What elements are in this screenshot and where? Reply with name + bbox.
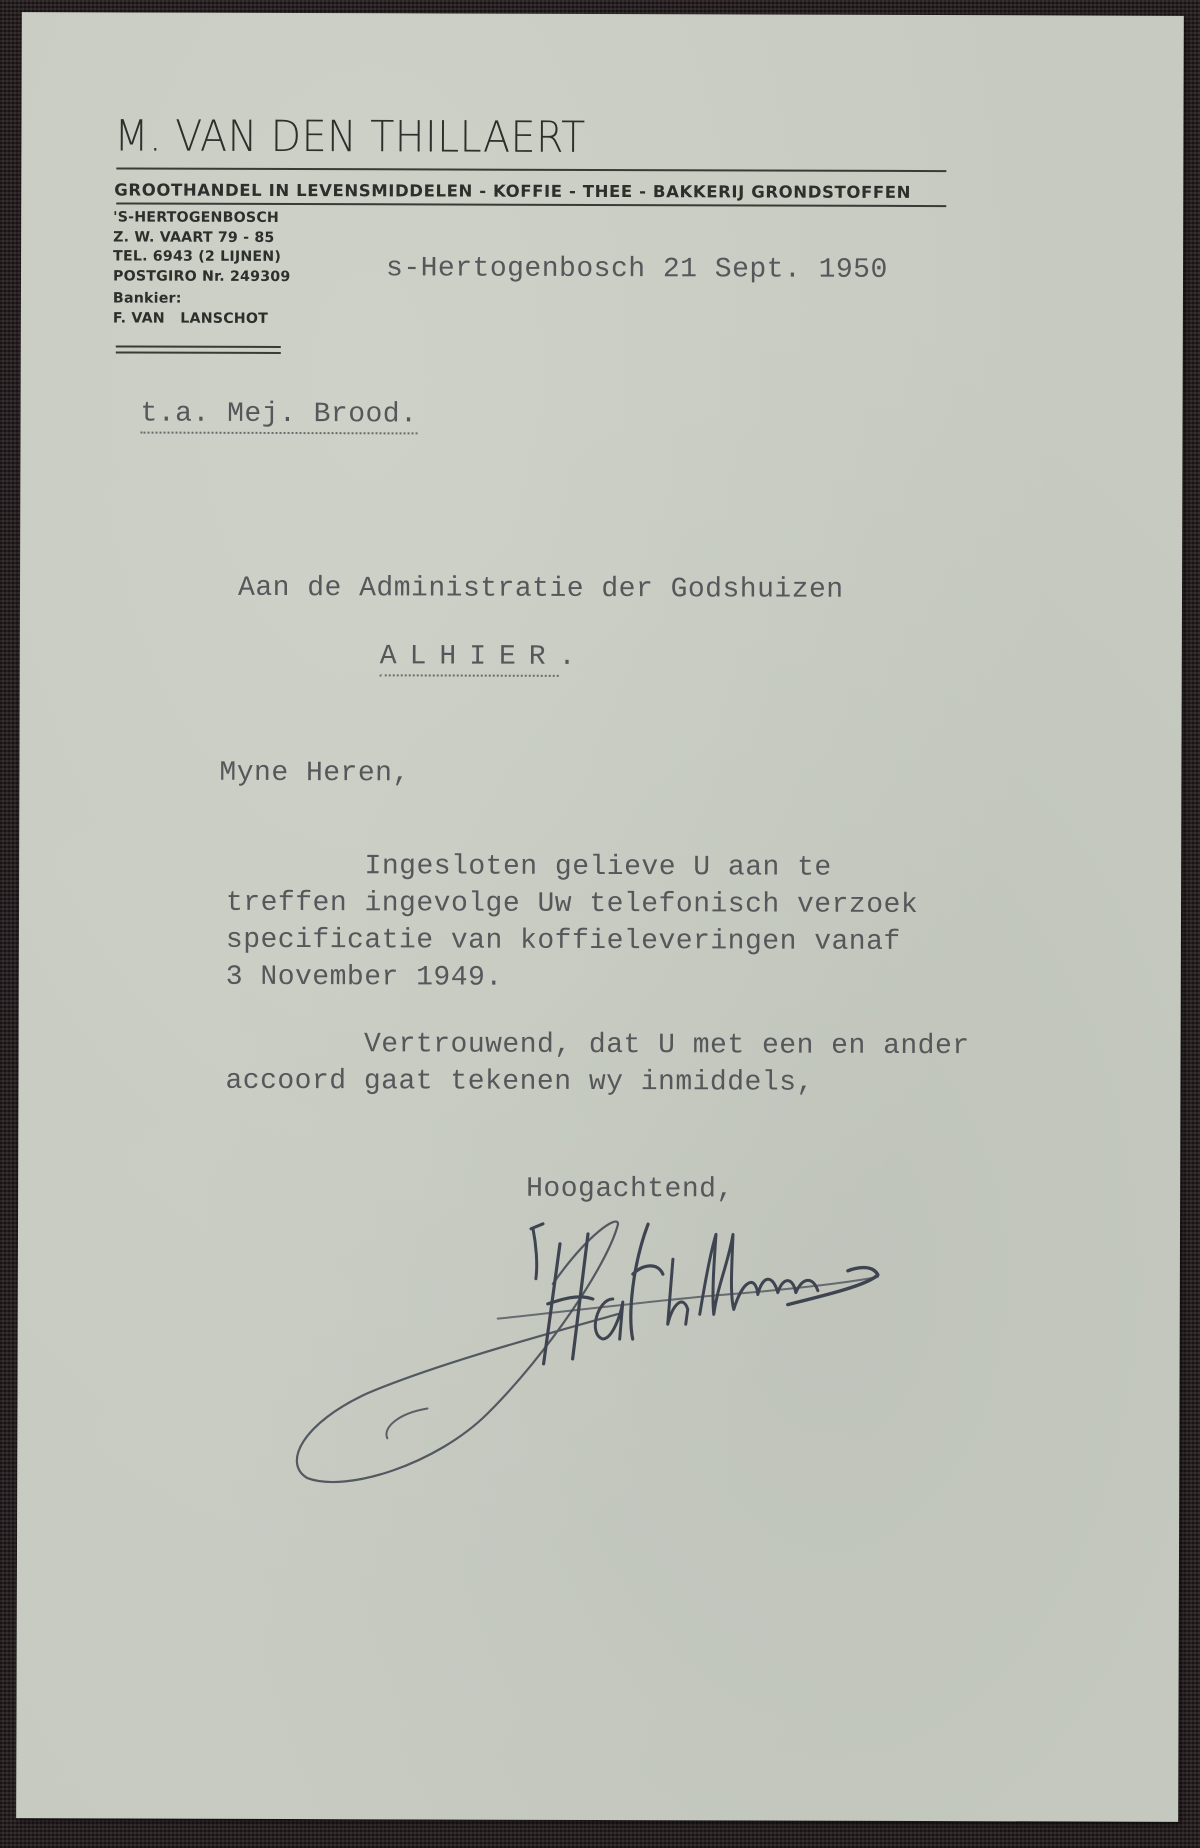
address-street: Z. W. VAART 79 - 85	[113, 228, 290, 248]
recipient-line: Aan de Administratie der Godshuizen	[238, 573, 844, 606]
paragraph-2-line: Vertrouwend, dat U met een en ander	[226, 1026, 970, 1065]
letter-paper: M. VAN DEN THILLAERT GROOTHANDEL IN LEVE…	[16, 12, 1184, 1822]
closing: Hoogachtend,	[526, 1174, 734, 1206]
address-rule-2	[116, 351, 281, 353]
paragraph-1: Ingesloten gelieve U aan te treffen inge…	[226, 848, 919, 998]
handwritten-signature-icon	[287, 1203, 1088, 1506]
trade-line: GROOTHANDEL IN LEVENSMIDDELEN - KOFFIE -…	[114, 180, 911, 202]
attention-line: t.a. Mej. Brood.	[141, 399, 418, 435]
address-phone: TEL. 6943 (2 LIJNEN)	[113, 247, 290, 267]
paragraph-1-line: 3 November 1949.	[226, 959, 918, 998]
recipient-place: ALHIER.	[380, 641, 576, 673]
paragraph-1-line: specificatie van koffieleveringen vanaf	[226, 922, 918, 961]
paragraph-1-line: Ingesloten gelieve U aan te	[226, 848, 918, 887]
banker-label: Bankier:	[113, 289, 290, 309]
company-name: M. VAN DEN THILLAERT	[114, 111, 585, 162]
paragraph-2: Vertrouwend, dat U met een en ander acco…	[225, 1026, 969, 1102]
salutation: Myne Heren,	[219, 758, 409, 790]
recipient-place-text: ALHIER	[380, 641, 559, 677]
letterhead-address: 'S-HERTOGENBOSCH Z. W. VAART 79 - 85 TEL…	[113, 208, 291, 329]
address-rule-1	[116, 345, 281, 347]
banker-name: F. VAN LANSCHOT	[113, 309, 290, 329]
address-postgiro: POSTGIRO Nr. 249309	[113, 267, 290, 287]
address-city: 'S-HERTOGENBOSCH	[113, 208, 290, 228]
place-and-date: s-Hertogenbosch 21 Sept. 1950	[386, 253, 888, 286]
paragraph-1-line: treffen ingevolge Uw telefonisch verzoek	[226, 885, 918, 924]
letterhead-rule-bottom	[116, 202, 946, 206]
letterhead-rule-top	[116, 167, 946, 172]
recipient-place-period: .	[559, 642, 576, 673]
paragraph-2-line: accoord gaat tekenen wy inmiddels,	[225, 1063, 969, 1102]
